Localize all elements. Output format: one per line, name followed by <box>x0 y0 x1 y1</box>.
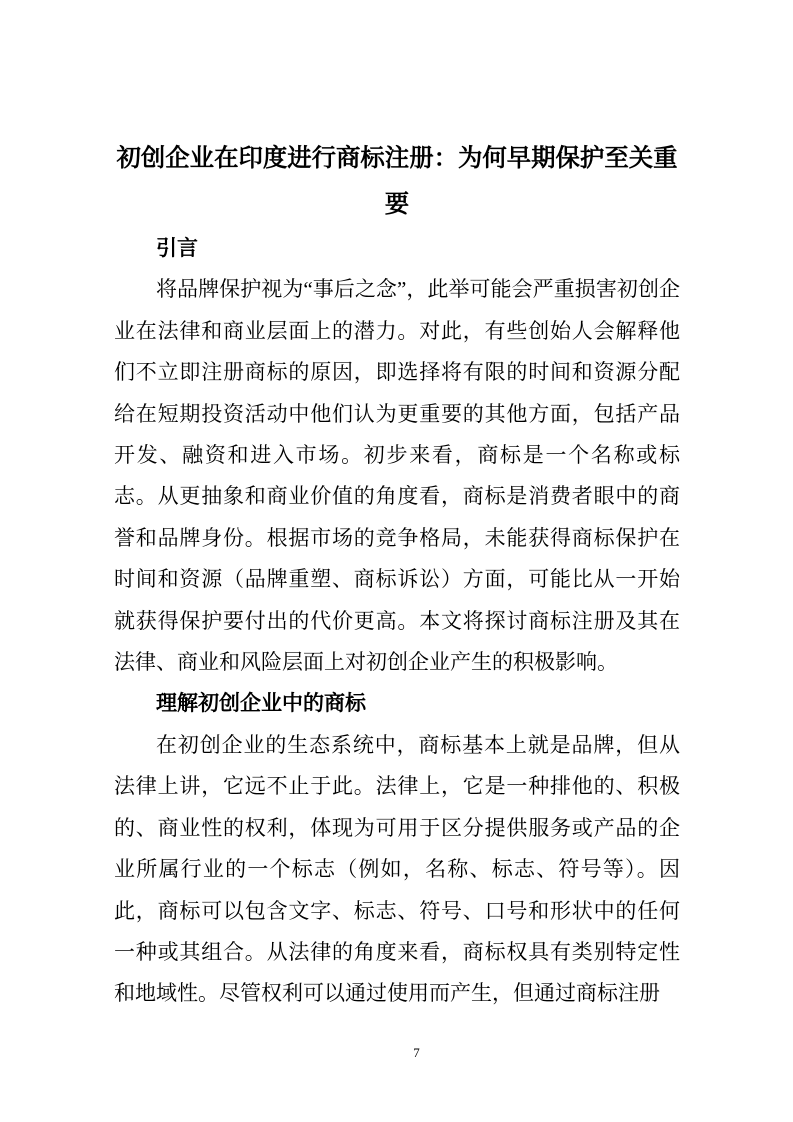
section-heading-introduction: 引言 <box>114 228 680 269</box>
page-number: 7 <box>0 1043 793 1063</box>
document-title: 初创企业在印度进行商标注册：为何早期保护至关重要 <box>114 136 680 228</box>
paragraph-understanding-trademarks: 在初创企业的生态系统中，商标基本上就是品牌，但从法律上讲，它远不止于此。法律上，… <box>114 725 680 1015</box>
paragraph-introduction: 将品牌保护视为“事后之念”，此举可能会严重损害初创企业在法律和商业层面上的潜力。… <box>114 269 680 683</box>
document-page: 初创企业在印度进行商标注册：为何早期保护至关重要 引言 将品牌保护视为“事后之念… <box>0 0 793 1122</box>
section-heading-understanding-trademarks: 理解初创企业中的商标 <box>114 683 680 724</box>
document-content: 初创企业在印度进行商标注册：为何早期保护至关重要 引言 将品牌保护视为“事后之念… <box>114 0 680 1015</box>
